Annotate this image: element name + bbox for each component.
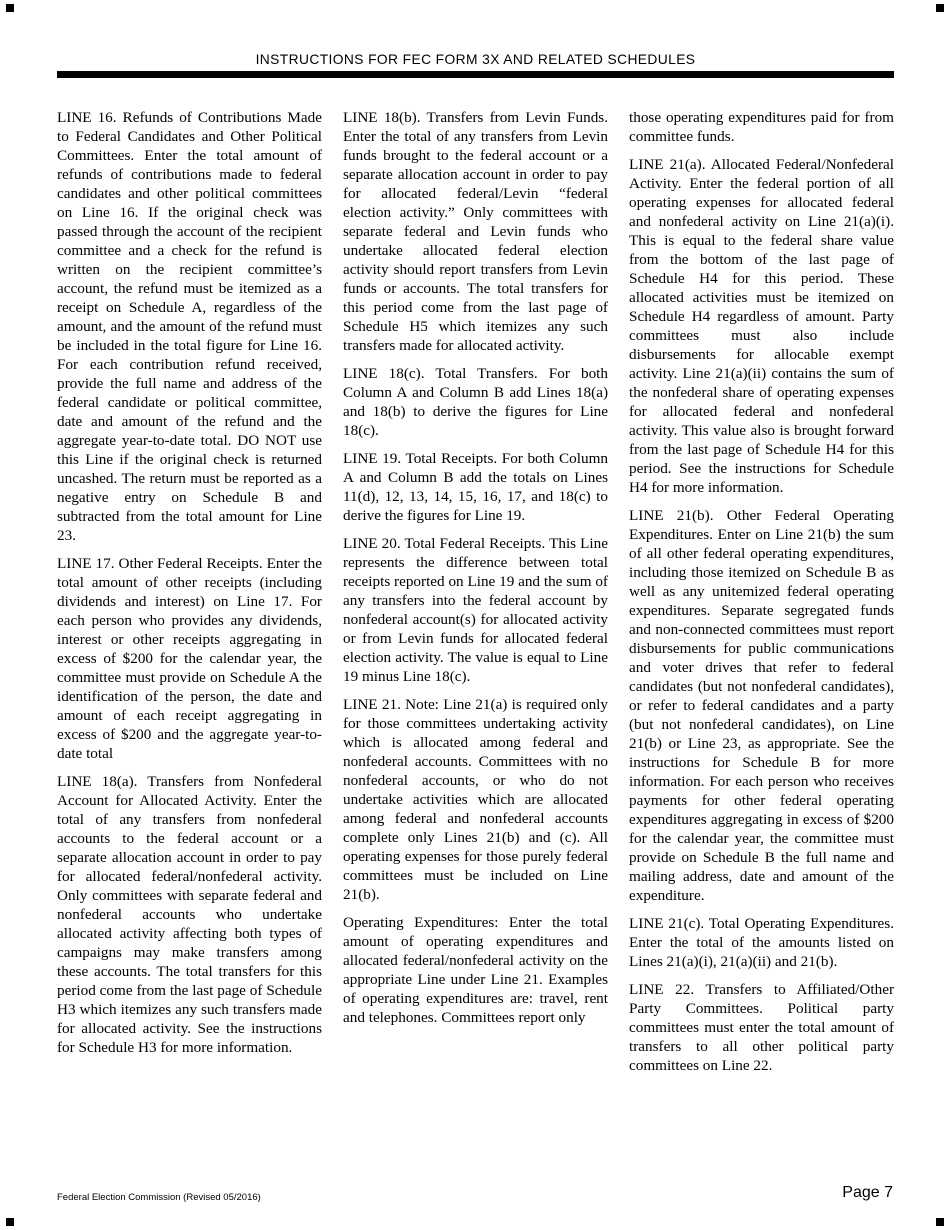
paragraph-line-18c: LINE 18(c). Total Transfers. For both Co… bbox=[343, 364, 608, 440]
corner-crop-mark-bottom-right bbox=[936, 1218, 944, 1226]
paragraph-line-21c: LINE 21(c). Total Operating Expenditures… bbox=[629, 914, 894, 971]
footer-page-number: Page 7 bbox=[842, 1184, 893, 1202]
header-rule bbox=[57, 71, 894, 78]
paragraph-line-18b: LINE 18(b). Transfers from Levin Funds. … bbox=[343, 108, 608, 355]
footer-commission-note: Federal Election Commission (Revised 05/… bbox=[57, 1192, 261, 1203]
document-page: INSTRUCTIONS FOR FEC FORM 3X AND RELATED… bbox=[0, 0, 950, 1230]
corner-crop-mark-top-left bbox=[6, 4, 14, 12]
paragraph-line-19: LINE 19. Total Receipts. For both Column… bbox=[343, 449, 608, 525]
paragraph-line-22: LINE 22. Transfers to Affiliated/Other P… bbox=[629, 980, 894, 1075]
paragraph-operating-expenditures: Operating Expenditures: Enter the total … bbox=[343, 913, 608, 1027]
column-2: LINE 18(b). Transfers from Levin Funds. … bbox=[343, 108, 608, 1084]
paragraph-line-16: LINE 16. Refunds of Contributions Made t… bbox=[57, 108, 322, 545]
column-1: LINE 16. Refunds of Contributions Made t… bbox=[57, 108, 322, 1084]
column-3: those operating expenditures paid for fr… bbox=[629, 108, 894, 1084]
paragraph-line-20: LINE 20. Total Federal Receipts. This Li… bbox=[343, 534, 608, 686]
corner-crop-mark-bottom-left bbox=[6, 1218, 14, 1226]
paragraph-line-17: LINE 17. Other Federal Receipts. Enter t… bbox=[57, 554, 322, 763]
corner-crop-mark-top-right bbox=[936, 4, 944, 12]
paragraph-line-18a: LINE 18(a). Transfers from Nonfederal Ac… bbox=[57, 772, 322, 1057]
page-title: INSTRUCTIONS FOR FEC FORM 3X AND RELATED… bbox=[57, 52, 894, 67]
paragraph-line-21-note: LINE 21. Note: Line 21(a) is required on… bbox=[343, 695, 608, 904]
paragraph-line-21b: LINE 21(b). Other Federal Operating Expe… bbox=[629, 506, 894, 905]
body-columns: LINE 16. Refunds of Contributions Made t… bbox=[57, 108, 894, 1084]
paragraph-line-21a: LINE 21(a). Allocated Federal/Nonfederal… bbox=[629, 155, 894, 497]
paragraph-operating-expenditures-continued: those operating expenditures paid for fr… bbox=[629, 108, 894, 146]
